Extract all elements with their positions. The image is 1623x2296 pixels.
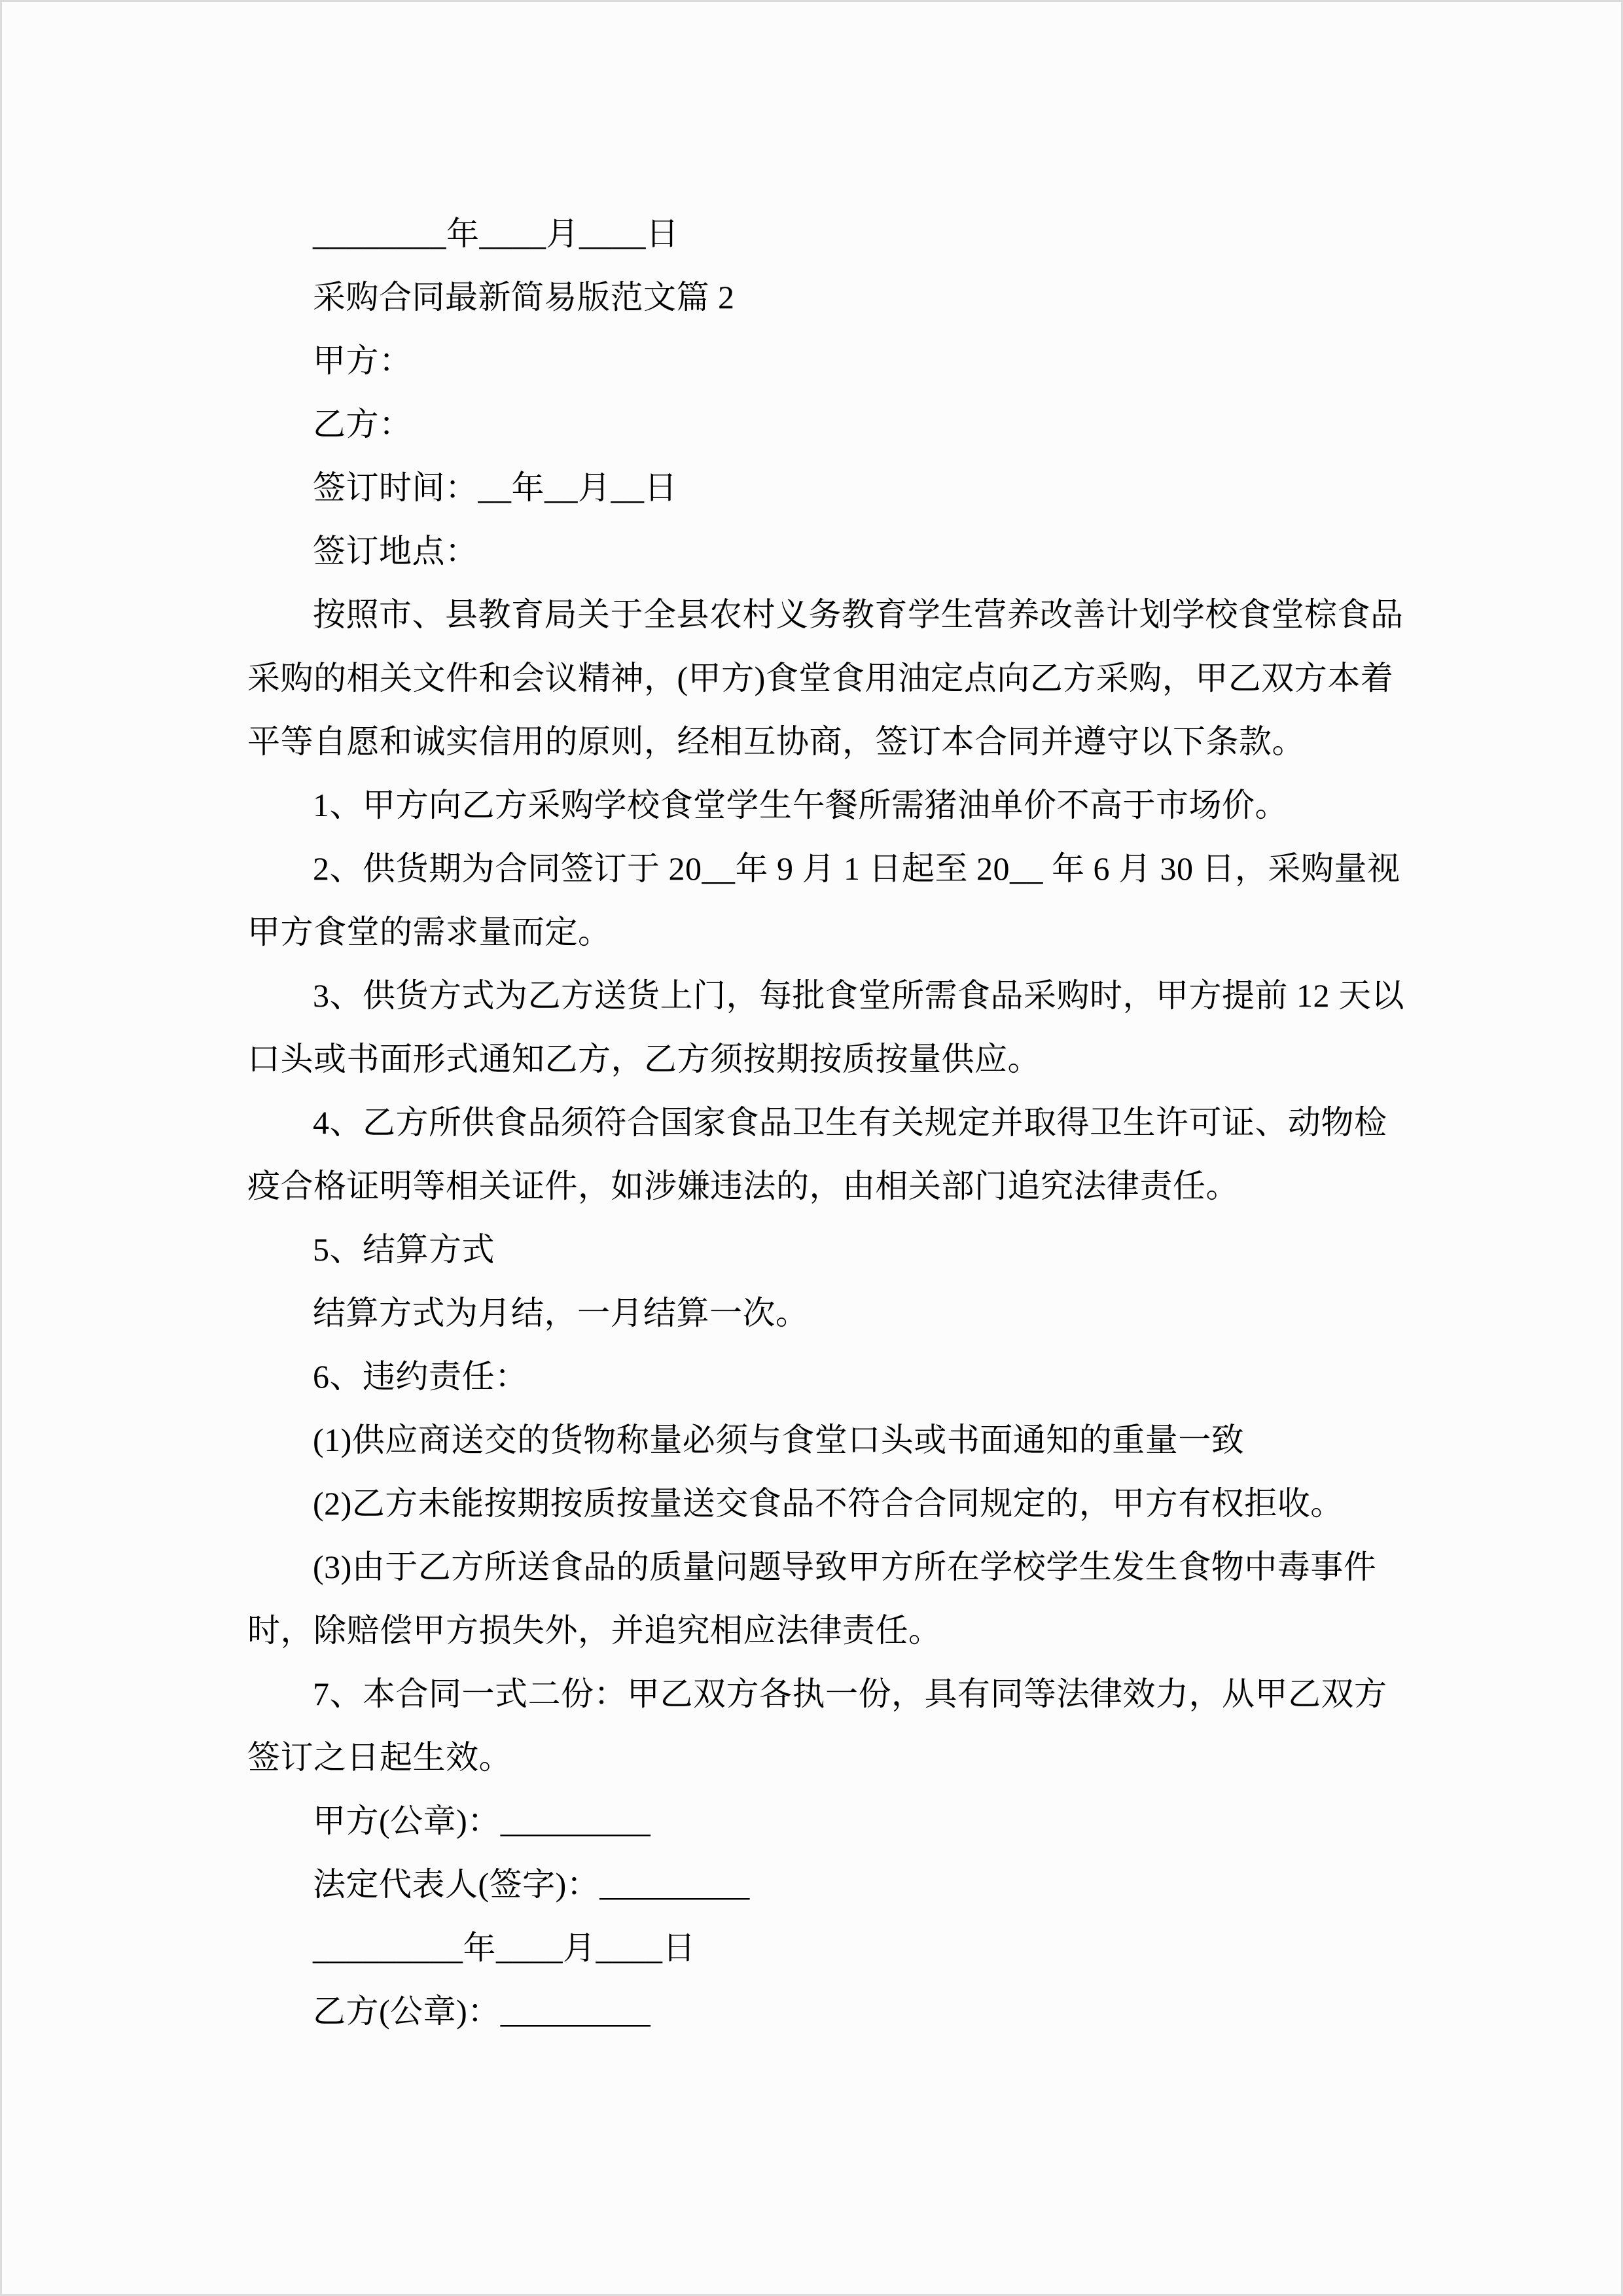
- text-line: ________年____月____日: [247, 202, 1419, 266]
- text-line: 法定代表人(签字)：_________: [247, 1853, 1419, 1916]
- text-line: 签订地点：: [247, 520, 1419, 583]
- text-line: 结算方式为月结，一月结算一次。: [247, 1282, 1419, 1345]
- document-page: ________年____月____日采购合同最新简易版范文篇 2甲方：乙方：签…: [0, 0, 1623, 2296]
- text-line: (1)供应商送交的货物称量必须与食堂口头或书面通知的重量一致: [247, 1408, 1419, 1472]
- text-line: 2、供货期为合同签订于 20__年 9 月 1 日起至 20__ 年 6 月 3…: [247, 837, 1419, 901]
- text-line: 乙方(公章)：_________: [247, 1980, 1419, 2043]
- text-line: 1、甲方向乙方采购学校食堂学生午餐所需猪油单价不高于市场价。: [247, 774, 1419, 837]
- text-line: 采购的相关文件和会议精神，(甲方)食堂食用油定点向乙方采购，甲乙双方本着: [247, 647, 1419, 710]
- text-line: _________年____月____日: [247, 1916, 1419, 1980]
- text-line: (3)由于乙方所送食品的质量问题导致甲方所在学校学生发生食物中毒事件: [247, 1535, 1419, 1599]
- text-line: 甲方(公章)：_________: [247, 1789, 1419, 1853]
- text-line: 采购合同最新简易版范文篇 2: [247, 266, 1419, 329]
- text-line: 4、乙方所供食品须符合国家食品卫生有关规定并取得卫生许可证、动物检: [247, 1091, 1419, 1155]
- text-line: 甲方：: [247, 329, 1419, 393]
- text-line: 时，除赔偿甲方损失外，并追究相应法律责任。: [247, 1599, 1419, 1662]
- text-line: 乙方：: [247, 393, 1419, 456]
- contract-document: ________年____月____日采购合同最新简易版范文篇 2甲方：乙方：签…: [247, 202, 1419, 2043]
- text-line: 疫合格证明等相关证件，如涉嫌违法的，由相关部门追究法律责任。: [247, 1155, 1419, 1218]
- text-line: 口头或书面形式通知乙方，乙方须按期按质按量供应。: [247, 1028, 1419, 1091]
- text-line: (2)乙方未能按期按质按量送交食品不符合合同规定的，甲方有权拒收。: [247, 1472, 1419, 1535]
- text-line: 6、违约责任：: [247, 1345, 1419, 1408]
- text-line: 5、结算方式: [247, 1218, 1419, 1282]
- text-line: 签订时间：__年__月__日: [247, 456, 1419, 520]
- text-line: 签订之日起生效。: [247, 1726, 1419, 1789]
- text-line: 按照市、县教育局关于全县农村义务教育学生营养改善计划学校食堂棕食品: [247, 583, 1419, 647]
- text-line: 7、本合同一式二份：甲乙双方各执一份，具有同等法律效力，从甲乙双方: [247, 1662, 1419, 1726]
- text-line: 3、供货方式为乙方送货上门，每批食堂所需食品采购时，甲方提前 12 天以: [247, 964, 1419, 1028]
- text-line: 平等自愿和诚实信用的原则，经相互协商，签订本合同并遵守以下条款。: [247, 710, 1419, 774]
- text-line: 甲方食堂的需求量而定。: [247, 901, 1419, 964]
